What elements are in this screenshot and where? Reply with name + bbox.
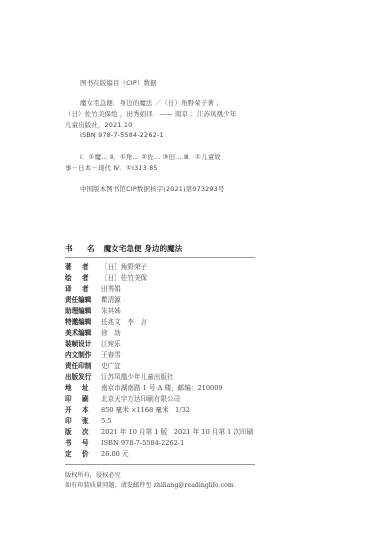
credit-row: 装帧设计江宛乐 xyxy=(65,340,121,349)
credit-row: 开本850 毫米 ×1168 毫米 1/32 xyxy=(65,406,190,415)
credit-row: 绘者［日］佐竹美保 xyxy=(65,274,147,283)
title-label: 书 xyxy=(65,243,87,254)
cip-classification: Ⅰ．①魔… Ⅱ．①角… ②佐… ③田… Ⅲ．①儿童故 xyxy=(80,152,221,161)
credit-row: 出版发行江苏凤凰少年儿童出版社 xyxy=(65,373,174,382)
credit-row: 地址南京市湖南路 1 号 A 楼，邮编：210009 xyxy=(65,384,223,393)
credit-row: 定价26.00 元 xyxy=(65,450,129,459)
credit-row: 书号ISBN 978-7-5584-2262-1 xyxy=(65,439,184,448)
divider-top xyxy=(65,257,255,258)
credit-row: 责任编辑瞿清源 xyxy=(65,296,121,305)
credit-row: 特邀编辑任兆文 李 言 xyxy=(65,318,147,327)
credit-row: 责任印制史广宜 xyxy=(65,362,121,371)
cip-isbn: ISBN 978-7-5584-2262-1 xyxy=(80,131,164,139)
cip-number: 中国版本图书馆CIP数据核字(2021)第073293号 xyxy=(80,184,225,193)
book-title-row: 书名 魔女宅急便 身边的魔法 xyxy=(65,243,182,254)
cip-classification: 事－日本－现代 Ⅳ．①I313.85 xyxy=(65,163,158,172)
cip-line: 魔女宅急便．身边的魔法 ／（日）角野荣子著 ； xyxy=(80,98,223,107)
credit-row: 译者田秀娟 xyxy=(65,285,121,294)
cip-line: （日）佐竹美保绘 ，田秀娟译．—— 南京 ：江苏凤凰少年 xyxy=(65,109,236,118)
credit-row: 著者［日］角野荣子 xyxy=(65,263,147,272)
credit-row: 印刷北京天宇万达印刷有限公司 xyxy=(65,395,180,404)
book-title: 魔女宅急便 身边的魔法 xyxy=(104,244,183,253)
rights-notice: 版权所有，侵权必究 xyxy=(65,470,121,479)
credit-row: 美术编辑徐 劼 xyxy=(65,329,121,338)
credit-row: 助理编辑朱其姊 xyxy=(65,307,121,316)
divider-bottom xyxy=(65,464,255,465)
credit-row: 印张5.5 xyxy=(65,417,112,426)
credit-row: 内文制作王春雪 xyxy=(65,351,121,360)
quality-contact: 如有印装质量问题，请发邮件至 zhiliang@readinglife.com xyxy=(65,480,234,489)
cip-line: 儿童出版社，2021.10 xyxy=(65,120,132,129)
cip-heading: 图书在版编目（CIP）数据 xyxy=(80,78,157,87)
title-label: 名 xyxy=(87,243,97,254)
credit-row: 版次2021 年 10 月第 1 版 2021 年 10 月第 1 次印刷 xyxy=(65,428,253,437)
